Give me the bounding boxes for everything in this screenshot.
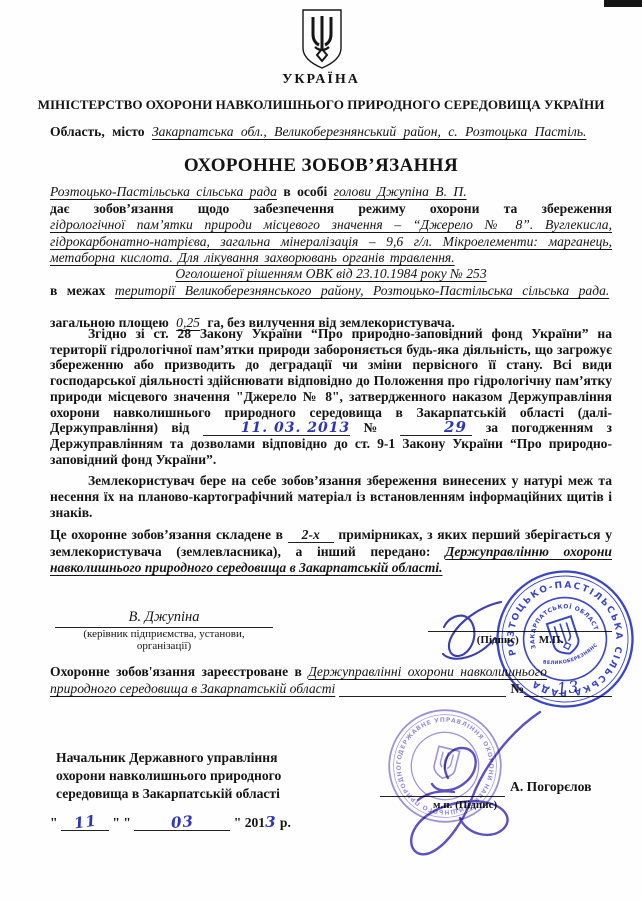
scan-artifact-corner xyxy=(604,0,642,7)
obligation-intro: дає зобов’язання щодо забезпечення режим… xyxy=(50,201,612,217)
stamp-trident-icon xyxy=(432,746,460,780)
location-line: Область, місто Закарпатська обл., Велико… xyxy=(50,124,612,141)
location-value: Закарпатська обл., Великоберезнянський р… xyxy=(152,124,586,139)
issuer-signature-block: В. Джупіна (керівник підприємства, устан… xyxy=(55,609,273,652)
approver-signature-line xyxy=(380,795,505,797)
copies-count-field: 2-х xyxy=(288,528,334,543)
seal-signature-block: (Підпис) М.П. xyxy=(428,612,612,646)
issuer-name: Розтоцько-Пастільська сільська рада xyxy=(50,184,277,199)
day-field: 11 xyxy=(61,815,109,831)
protected-object-description: гідрологічної пам’ятки природи місцевого… xyxy=(50,217,612,267)
ministry-title: МІНІСТЕРСТВО ОХОРОНИ НАВКОЛИШНЬОГО ПРИРО… xyxy=(24,97,618,113)
year-digit-handwritten: 3 xyxy=(265,813,276,831)
approval-number-field: 29 xyxy=(400,420,472,436)
approver-seal-caption: м.п. (Підпис) xyxy=(433,799,497,811)
document-title: ОХОРОННЕ ЗОБОВ’ЯЗАННЯ xyxy=(0,155,642,177)
within-value: території Великоберезнянського району, Р… xyxy=(115,283,609,298)
seal-place-caption: М.П. xyxy=(539,634,563,646)
registration-office-1: Держуправлінні охорони навколишнього xyxy=(308,664,547,679)
registration-number-field: 13 xyxy=(524,681,612,697)
location-label: Область, місто xyxy=(50,124,145,139)
landuser-paragraph: Землекористувач бере на себе зобов’язанн… xyxy=(50,473,612,520)
ukraine-trident-emblem-icon xyxy=(295,8,349,70)
year-prefix: 201 xyxy=(245,815,265,830)
scanned-document: УКРАЇНА МІНІСТЕРСТВО ОХОРОНИ НАВКОЛИШНЬО… xyxy=(0,0,642,900)
department-round-stamp: ДЕРЖАВНЕ УПРАВЛІННЯ ОХОРОНИ НАВКОЛИШНЬОГ… xyxy=(370,691,520,841)
signature-caption: (Підпис) xyxy=(477,634,519,646)
approver-position-block: Начальник Державного управління охорони … xyxy=(56,749,316,803)
within-line: в межах території Великоберезнянського р… xyxy=(50,282,612,299)
issuer-signatory-name: В. Джупіна xyxy=(55,609,273,628)
registration-lead: Охоронне зобов'язання зареєстроване в xyxy=(50,664,302,679)
date-line: " 11 " " 03 " 2013 р. xyxy=(50,813,370,831)
registration-office-2: природного середовища в Закарпатській об… xyxy=(50,680,335,697)
approver-name: А. Погорєлов xyxy=(510,779,591,795)
issuer-person: голови Джупіна В. П. xyxy=(334,184,467,199)
signature-line xyxy=(428,612,612,632)
country-title: УКРАЇНА xyxy=(0,72,642,88)
month-field: 03 xyxy=(134,815,230,831)
approval-date-field: 11. 03. 2013 xyxy=(203,421,350,436)
within-label: в межах xyxy=(50,283,105,298)
law-paragraph: Згідно зі ст. 28 Закону України “Про при… xyxy=(50,326,612,468)
in-person-label: в особі xyxy=(283,184,327,199)
issuer-line: Розтоцько-Пастільська сільська рада в ос… xyxy=(50,184,612,200)
issuer-signature-caption: (керівник підприємства, установи, органі… xyxy=(55,628,273,652)
registration-block: Охоронне зобов'язання зареєстроване в Де… xyxy=(50,663,612,697)
declaration-line: Оголошеної рішенням ОВК від 23.10.1984 р… xyxy=(50,266,612,282)
copies-paragraph: Це охоронне зобов’язання складене в 2-х … xyxy=(50,527,612,577)
registration-blank xyxy=(339,681,506,697)
